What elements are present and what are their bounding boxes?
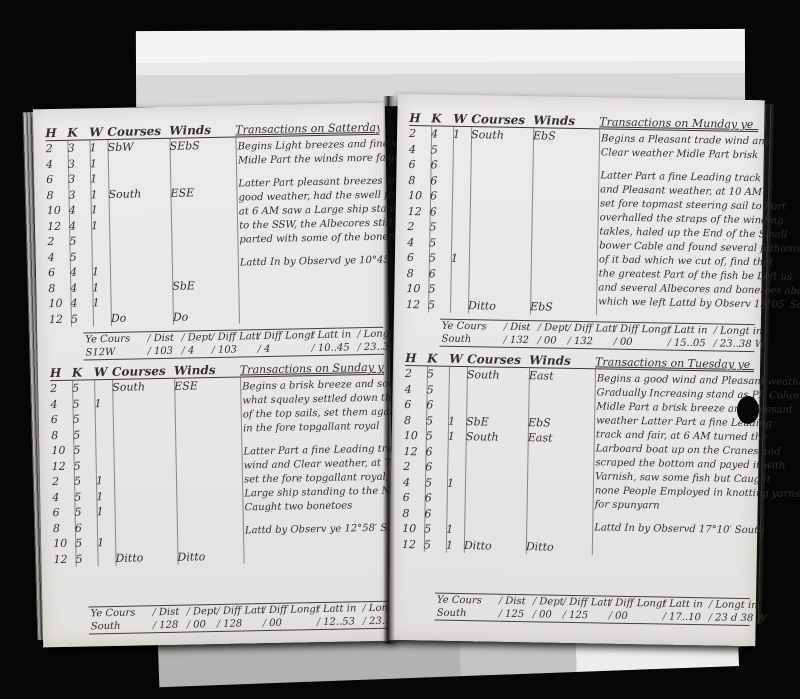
log-cell: 6 xyxy=(46,172,68,188)
col-header-winds: Winds xyxy=(169,123,235,138)
log-cell: Do xyxy=(111,309,173,326)
log-cell: 12 xyxy=(402,536,424,552)
left-day2-block: H K W Courses Winds Transactions on Sund… xyxy=(50,357,388,567)
log-cell: 5 xyxy=(71,311,93,327)
log-cell xyxy=(113,441,175,458)
log-cell: SbE xyxy=(466,414,528,431)
log-cell: Ditto xyxy=(177,548,243,565)
log-cell xyxy=(175,424,241,441)
log-cell xyxy=(531,221,597,238)
log-cell xyxy=(95,426,113,442)
book-binding-gutter xyxy=(383,96,395,644)
log-cell: 12 xyxy=(47,218,69,234)
log-cell xyxy=(447,460,465,476)
day-narrative: Begins a brisk breeze and somewhat squal… xyxy=(242,378,387,539)
log-cell xyxy=(531,268,597,285)
summary-cell: 132 xyxy=(503,334,537,348)
log-cell xyxy=(109,216,171,233)
log-cell: 1 xyxy=(453,127,471,143)
log-cell xyxy=(115,534,177,551)
summary-cell: 00 xyxy=(537,334,567,348)
log-cell xyxy=(447,491,465,507)
log-cell: 5 xyxy=(429,219,451,235)
summary-cell: 4 xyxy=(257,342,311,356)
log-cell xyxy=(172,293,238,310)
log-cell xyxy=(465,460,527,477)
log-cell xyxy=(450,282,468,298)
log-cell: 12 xyxy=(49,311,71,327)
log-cell xyxy=(171,231,237,248)
log-cell: 1 xyxy=(91,202,109,218)
log-cell xyxy=(533,144,599,161)
summary-cell: Diff Latt xyxy=(216,604,262,618)
log-cell xyxy=(176,455,242,472)
log-cell: 6 xyxy=(48,265,70,281)
log-cell: 1 xyxy=(89,140,107,156)
log-cell: Ditto xyxy=(526,539,592,556)
log-cell xyxy=(110,294,172,311)
log-cell: 4 xyxy=(52,489,74,505)
log-cell xyxy=(449,367,467,383)
log-cell: 1 xyxy=(90,155,108,171)
summary-cell: Longt in xyxy=(709,598,758,612)
left-noon-summary-2: Ye CoursDistDeptDiff LattDiff LongtLatt … xyxy=(88,601,388,635)
log-cell xyxy=(469,251,531,268)
log-cell xyxy=(109,232,171,249)
col-header-w: W xyxy=(449,352,467,366)
log-cell: SEbS xyxy=(169,138,235,155)
right-noon-summary-2: Ye CoursDistDeptDiff LattDiff LongtLatt … xyxy=(435,593,750,626)
log-cell xyxy=(532,190,598,207)
log-cell xyxy=(447,444,465,460)
col-header-courses: Courses xyxy=(112,364,174,379)
summary-cell: Diff Longt xyxy=(262,603,316,617)
log-cell: 5 xyxy=(75,535,97,551)
log-cell xyxy=(112,394,174,411)
summary-cell: South xyxy=(441,333,503,347)
log-cell xyxy=(464,522,526,539)
log-cell: 5 xyxy=(72,380,94,396)
log-cell: 2 xyxy=(52,474,74,490)
log-cell xyxy=(91,233,109,249)
log-cell: 5 xyxy=(424,537,446,553)
log-cell: 4 xyxy=(70,295,92,311)
log-cell xyxy=(176,486,242,503)
log-cell: 8 xyxy=(408,173,430,189)
log-cell xyxy=(92,248,110,264)
summary-cell: Latt in xyxy=(316,602,362,616)
log-cell xyxy=(176,501,242,518)
log-cell: 5 xyxy=(72,396,94,412)
log-cell xyxy=(95,411,113,427)
log-cell: 12 xyxy=(53,551,75,567)
log-cell: South xyxy=(467,367,529,384)
summary-cell: Diff Latt xyxy=(563,596,609,610)
right-page: H K W Courses Winds Transactions on Mund… xyxy=(388,94,764,646)
log-cell xyxy=(527,477,593,494)
log-cell xyxy=(110,278,172,295)
log-cell xyxy=(114,456,176,473)
summary-cell: 00 xyxy=(533,608,563,622)
log-cell: Do xyxy=(173,308,239,325)
day-title: Transactions on Satterday ye 9 March 174… xyxy=(235,121,379,137)
log-cell: 6 xyxy=(430,204,452,220)
log-cell: South xyxy=(108,185,170,202)
log-cell: EbS xyxy=(528,415,594,432)
log-cell: 4 xyxy=(46,156,68,172)
narrative-line: Lattd In by Observd 17°10′ South xyxy=(594,521,751,538)
log-cell xyxy=(97,550,115,566)
log-cell xyxy=(526,523,592,540)
log-cell xyxy=(527,446,593,463)
log-cell xyxy=(448,382,466,398)
log-cell: 6 xyxy=(407,250,429,266)
log-cell xyxy=(465,491,527,508)
narrative-line: Large ship standing to the NNW xyxy=(244,485,386,502)
log-cell: 2 xyxy=(405,366,427,382)
log-cell: 6 xyxy=(430,157,452,173)
log-cell xyxy=(527,461,593,478)
log-cell: 10 xyxy=(48,296,70,312)
log-cell xyxy=(110,263,172,280)
summary-cell: Dist xyxy=(504,321,538,335)
narrative-line: for spunyarn xyxy=(595,498,752,515)
log-cell: 5 xyxy=(74,473,96,489)
log-cell: 2 xyxy=(409,126,431,142)
log-cell xyxy=(470,189,532,206)
log-cell: 6 xyxy=(425,459,447,475)
log-cell xyxy=(108,154,170,171)
log-cell xyxy=(451,235,469,251)
log-cell xyxy=(450,297,468,313)
log-cell xyxy=(526,508,592,525)
summary-cell: Diff Latt xyxy=(568,322,614,336)
log-cell: 6 xyxy=(75,520,97,536)
col-header-k: K xyxy=(431,111,453,125)
summary-cell: Latt in xyxy=(311,328,357,342)
log-cell: ESE xyxy=(170,184,236,201)
page-edge-notch xyxy=(737,396,759,424)
log-cell: 5 xyxy=(74,489,96,505)
right-day1-block: H K W Courses Winds Transactions on Mund… xyxy=(406,108,759,318)
summary-cell: Longt in xyxy=(714,324,763,338)
log-cell: 5 xyxy=(429,250,451,266)
summary-cell: 15..05 xyxy=(667,337,713,351)
log-cell xyxy=(96,457,114,473)
log-cell: 5 xyxy=(73,411,95,427)
log-cell: 1 xyxy=(90,186,108,202)
log-cell: South xyxy=(466,429,528,446)
log-cell xyxy=(95,442,113,458)
log-cell: 1 xyxy=(94,395,112,411)
log-cell: 10 xyxy=(51,443,73,459)
log-cell xyxy=(528,384,594,401)
log-cell: 2 xyxy=(50,381,72,397)
summary-cell: 4 xyxy=(181,344,211,358)
col-header-h: H xyxy=(45,126,67,140)
log-cell xyxy=(114,503,176,520)
col-header-w: W xyxy=(94,365,112,379)
log-cell: 6 xyxy=(425,490,447,506)
summary-cell: 103 xyxy=(147,345,181,359)
log-cell: 5 xyxy=(75,551,97,567)
narrative-line: Midle Part the winds more favorable xyxy=(238,152,380,169)
col-header-h: H xyxy=(50,366,72,380)
right-day2-table: 25SouthEast4566851SbEEbS1051SouthEast126… xyxy=(402,366,754,558)
col-header-courses: Courses xyxy=(471,112,533,127)
narrative-line: parted with some of the bonetoes xyxy=(239,231,381,248)
log-cell xyxy=(469,220,531,237)
log-cell: 3 xyxy=(68,171,90,187)
log-cell xyxy=(171,215,237,232)
log-cell xyxy=(114,472,176,489)
log-cell xyxy=(170,153,236,170)
right-noon-summary-1: Ye CoursDistDeptDiff LattDiff LongtLatt … xyxy=(439,319,754,352)
day-narrative: Begins a Pleasant trade wind andClear we… xyxy=(598,132,758,312)
left-page-content: H K W Courses Winds Transactions on Satt… xyxy=(33,103,395,648)
summary-cell: Dept xyxy=(181,331,211,345)
log-cell xyxy=(465,476,527,493)
log-cell xyxy=(527,492,593,509)
log-cell: 8 xyxy=(46,187,68,203)
log-cell xyxy=(531,252,597,269)
log-cell: 5 xyxy=(69,233,91,249)
summary-cell: 125 xyxy=(499,608,533,622)
log-cell: 6 xyxy=(52,505,74,521)
log-cell: 5 xyxy=(426,413,448,429)
log-cell: 5 xyxy=(74,504,96,520)
log-cell: 6 xyxy=(430,173,452,189)
log-cell: 2 xyxy=(47,234,69,250)
log-cell xyxy=(530,283,596,300)
log-cell: 3 xyxy=(68,156,90,172)
log-cell xyxy=(464,507,526,524)
log-cell: 8 xyxy=(48,280,70,296)
log-cell: 2 xyxy=(407,219,429,235)
summary-cell: 12..53 xyxy=(317,615,363,629)
summary-cell: Dist xyxy=(152,606,186,620)
summary-cell: Ye Cours xyxy=(442,320,504,334)
log-cell: 6 xyxy=(403,490,425,506)
summary-cell: 125 xyxy=(563,609,609,623)
log-cell: 6 xyxy=(425,444,447,460)
summary-cell: 128 xyxy=(217,617,263,631)
log-cell xyxy=(113,410,175,427)
log-cell: 5 xyxy=(73,442,95,458)
log-cell xyxy=(532,159,598,176)
log-cell: 1 xyxy=(97,535,115,551)
log-cell: 12 xyxy=(403,443,425,459)
log-cell: 6 xyxy=(404,397,426,413)
log-cell: 5 xyxy=(424,521,446,537)
log-cell: 2 xyxy=(45,141,67,157)
log-cell: 6 xyxy=(51,412,73,428)
left-page: H K W Courses Winds Transactions on Satt… xyxy=(33,103,395,648)
log-cell: 4 xyxy=(70,280,92,296)
right-day1-table: 241SouthEbS456686106126254565186105125Di… xyxy=(406,126,758,318)
log-cell: ESE xyxy=(174,378,240,395)
col-header-k: K xyxy=(427,351,449,365)
log-cell: East xyxy=(528,430,594,447)
left-day1-table: 231SbWSEbS431631831SouthESE1041124125456… xyxy=(45,135,383,327)
log-cell: South xyxy=(471,127,533,144)
col-header-h: H xyxy=(405,351,427,365)
log-cell: 1 xyxy=(446,537,464,553)
summary-cell: 00 xyxy=(187,618,217,632)
log-cell xyxy=(172,262,238,279)
summary-cell: S12W xyxy=(85,345,147,359)
log-cell xyxy=(171,200,237,217)
log-cell: SbW xyxy=(107,139,169,156)
log-cell: 2 xyxy=(403,459,425,475)
log-cell: 1 xyxy=(447,475,465,491)
summary-cell: Latt in xyxy=(663,598,709,612)
log-cell xyxy=(532,175,598,192)
summary-cell: Diff Longt xyxy=(614,323,668,337)
log-cell xyxy=(452,204,470,220)
summary-cell: Dept xyxy=(186,605,216,619)
log-cell: 4 xyxy=(405,382,427,398)
log-cell: 10 xyxy=(404,428,426,444)
col-header-courses: Courses xyxy=(467,352,529,367)
summary-cell: South xyxy=(437,607,499,621)
log-cell xyxy=(468,282,530,299)
summary-cell: 103 xyxy=(211,343,257,357)
summary-cell: Dept xyxy=(538,321,568,335)
summary-cell: 128 xyxy=(153,619,187,633)
log-cell: 5 xyxy=(426,428,448,444)
log-cell: 8 xyxy=(53,520,75,536)
log-cell: 1 xyxy=(92,264,110,280)
left-day2-table: 25SouthESE451658510512525145165186105112… xyxy=(50,375,388,567)
log-cell: 12 xyxy=(408,204,430,220)
left-day1-block: H K W Courses Winds Transactions on Satt… xyxy=(45,117,383,327)
day-narrative: Begins a good wind and Pleasant weatherG… xyxy=(594,372,754,538)
summary-cell: 00 xyxy=(263,616,317,630)
log-cell xyxy=(113,425,175,442)
log-cell xyxy=(452,189,470,205)
summary-cell: Ye Cours xyxy=(90,606,152,620)
log-cell xyxy=(470,174,532,191)
summary-cell: 00 xyxy=(609,610,663,624)
summary-cell: 00 xyxy=(613,336,667,350)
narrative-line: in the fore topgallant royal xyxy=(243,420,385,437)
summary-cell: Ye Cours xyxy=(437,594,499,608)
summary-cell: 132 xyxy=(567,335,613,349)
col-header-k: K xyxy=(67,125,89,139)
log-cell xyxy=(452,158,470,174)
log-cell xyxy=(115,518,177,535)
summary-cell: Dept xyxy=(533,595,563,609)
log-cell xyxy=(110,247,172,264)
summary-cell: Ye Cours xyxy=(85,332,147,346)
log-cell xyxy=(470,158,532,175)
log-cell: 4 xyxy=(407,235,429,251)
log-cell xyxy=(93,310,111,326)
log-cell: 1 xyxy=(448,413,466,429)
narrative-line: which we left Lattd by Observ 15°05′ Sou… xyxy=(598,295,755,312)
log-cell: 5 xyxy=(431,142,453,158)
log-cell xyxy=(175,408,241,425)
right-day2-block: H K W Courses Winds Transactions on Tues… xyxy=(402,348,755,558)
log-cell: 1 xyxy=(92,279,110,295)
col-header-w: W xyxy=(89,125,107,139)
summary-cell: Diff Latt xyxy=(211,330,257,344)
log-cell xyxy=(108,170,170,187)
summary-cell: Diff Longt xyxy=(257,329,311,343)
narrative-line: Clear weather Midle Part brisk xyxy=(601,146,758,163)
col-header-winds: Winds xyxy=(529,353,595,368)
log-cell xyxy=(174,393,240,410)
log-cell: 10 xyxy=(47,203,69,219)
log-cell xyxy=(172,246,238,263)
col-header-winds: Winds xyxy=(533,113,599,128)
log-cell xyxy=(453,142,471,158)
log-cell: 12 xyxy=(52,458,74,474)
log-cell: 12 xyxy=(406,297,428,313)
log-cell: 4 xyxy=(403,474,425,490)
log-cell: 5 xyxy=(429,235,451,251)
log-cell xyxy=(170,169,236,186)
log-cell: 6 xyxy=(408,157,430,173)
log-cell: 3 xyxy=(67,140,89,156)
right-page-content: H K W Courses Winds Transactions on Mund… xyxy=(388,94,764,646)
logbook-photo-scene: H K W Courses Winds Transactions on Satt… xyxy=(0,0,800,699)
summary-cell: South xyxy=(91,619,153,633)
log-cell xyxy=(176,470,242,487)
log-cell xyxy=(175,439,241,456)
log-cell: Ditto xyxy=(464,538,526,555)
summary-cell: Latt in xyxy=(668,324,714,338)
log-cell: EbS xyxy=(530,299,596,316)
log-cell: 1 xyxy=(96,473,114,489)
log-cell: 4 xyxy=(409,142,431,158)
log-cell: 5 xyxy=(428,281,450,297)
log-cell: 10 xyxy=(406,281,428,297)
log-cell: South xyxy=(112,379,174,396)
col-header-winds: Winds xyxy=(174,363,240,378)
summary-cell: 23..38 W xyxy=(713,337,765,351)
log-cell: 5 xyxy=(74,458,96,474)
summary-cell: Dist xyxy=(499,595,533,609)
day-narrative: Begins Light breezes and fine weatherMid… xyxy=(238,138,382,271)
log-cell: Ditto xyxy=(115,549,177,566)
log-cell: 4 xyxy=(69,202,91,218)
log-cell xyxy=(471,143,533,160)
log-cell: 5 xyxy=(428,297,450,313)
log-cell xyxy=(109,201,171,218)
log-cell: 8 xyxy=(51,427,73,443)
summary-cell: Diff Longt xyxy=(609,597,663,611)
log-cell: 4 xyxy=(431,126,453,142)
log-cell: 3 xyxy=(68,187,90,203)
log-cell: East xyxy=(529,368,595,385)
log-cell: 1 xyxy=(446,522,464,538)
log-cell: 6 xyxy=(424,506,446,522)
narrative-line: Lattd In by Observd ye 10°45′ S xyxy=(240,254,382,271)
log-cell: 1 xyxy=(91,217,109,233)
log-cell xyxy=(451,266,469,282)
log-cell xyxy=(448,398,466,414)
day-title: Transactions on Munday ye 11 March 1743 xyxy=(599,115,758,131)
log-cell: 6 xyxy=(430,188,452,204)
log-cell: 8 xyxy=(407,266,429,282)
log-cell xyxy=(177,532,243,549)
log-cell xyxy=(465,445,527,462)
log-cell: 8 xyxy=(402,505,424,521)
log-cell: 4 xyxy=(69,218,91,234)
col-header-w: W xyxy=(453,112,471,126)
